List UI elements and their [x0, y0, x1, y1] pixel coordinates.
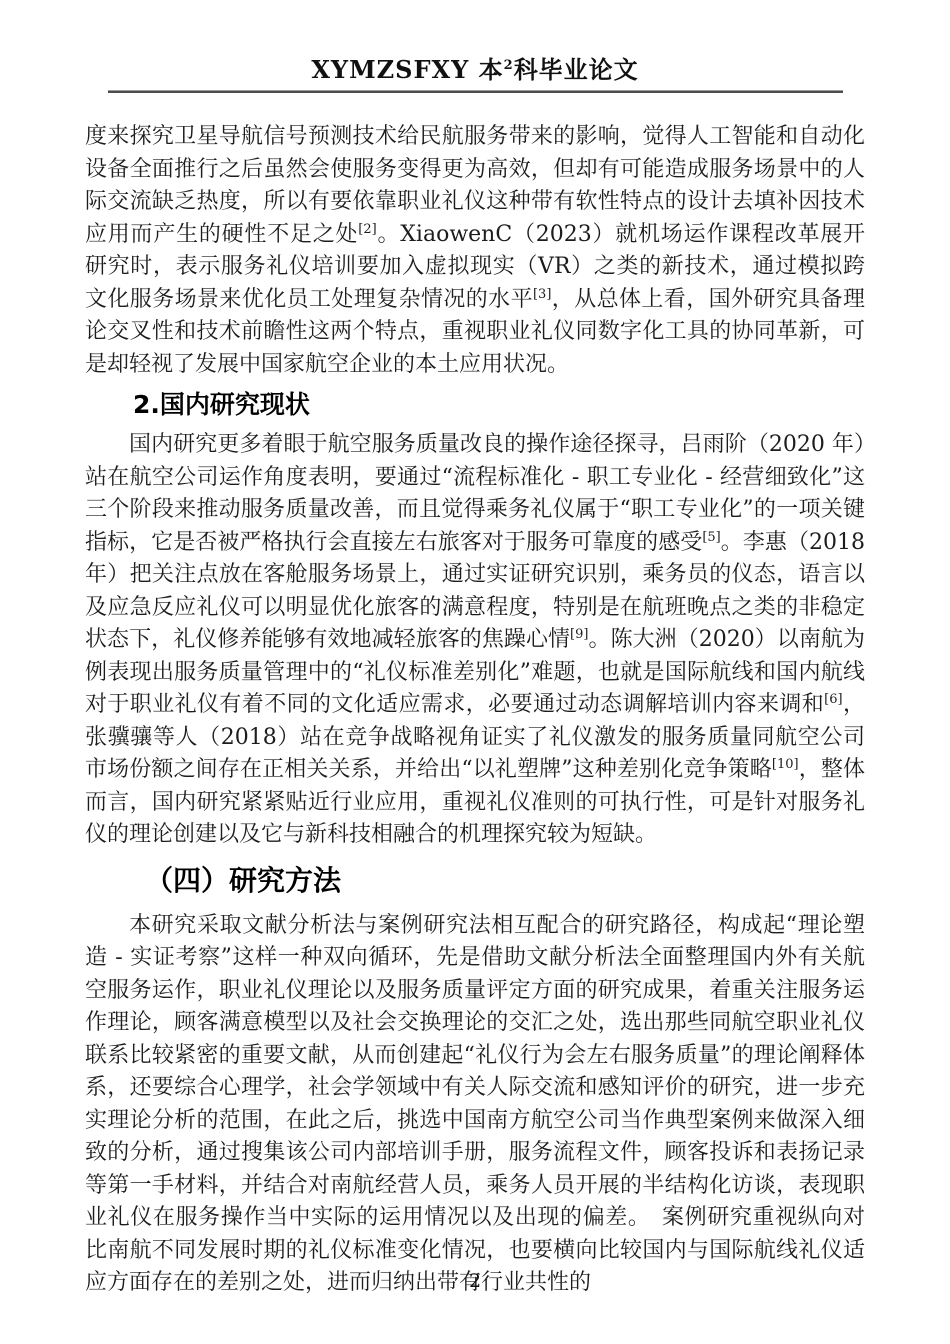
document-body: 度来探究卫星导航信号预测技术给民航服务带来的影响，觉得人工智能和自动化设备全面推… [0, 93, 950, 1300]
citation-ref: [9] [570, 627, 588, 642]
paragraph-foreign-research: 度来探究卫星导航信号预测技术给民航服务带来的影响，觉得人工智能和自动化设备全面推… [85, 121, 865, 381]
text-run: 科毕业论文 [514, 55, 639, 84]
citation-ref: 2 [504, 58, 514, 73]
page-footer: 2 [0, 1270, 950, 1292]
citation-ref: [3] [533, 287, 551, 302]
paragraph-research-methods: 本研究采取文献分析法与案例研究法相互配合的研究路径，构成起“理论塑造 - 实证考… [85, 910, 865, 1300]
paragraph-domestic-research: 国内研究更多着眼于航空服务质量改良的操作途径探寻，吕雨阶（2020 年）站在航空… [85, 429, 865, 852]
heading-research-methods: （四）研究方法 [145, 862, 865, 900]
heading-domestic-research: 2.国内研究现状 [133, 388, 865, 422]
text-run: 本 [479, 55, 504, 84]
text-run: 本研究采取文献分析法与案例研究法相互配合的研究路径，构成起“理论塑造 - 实证考… [85, 913, 865, 1296]
page-header: XYMZSFXY 本2科毕业论文 [0, 0, 950, 93]
citation-ref: [6] [824, 692, 842, 707]
page-number: 2 [469, 1270, 481, 1292]
citation-ref: [5] [702, 530, 720, 545]
citation-ref: [2] [358, 222, 376, 237]
header-title: XYMZSFXY 本2科毕业论文 [0, 50, 950, 85]
document-page: XYMZSFXY 本2科毕业论文 度来探究卫星导航信号预测技术给民航服务带来的影… [0, 0, 950, 1344]
citation-ref: [10] [772, 757, 799, 772]
text-run: XYMZSFXY [311, 55, 478, 84]
